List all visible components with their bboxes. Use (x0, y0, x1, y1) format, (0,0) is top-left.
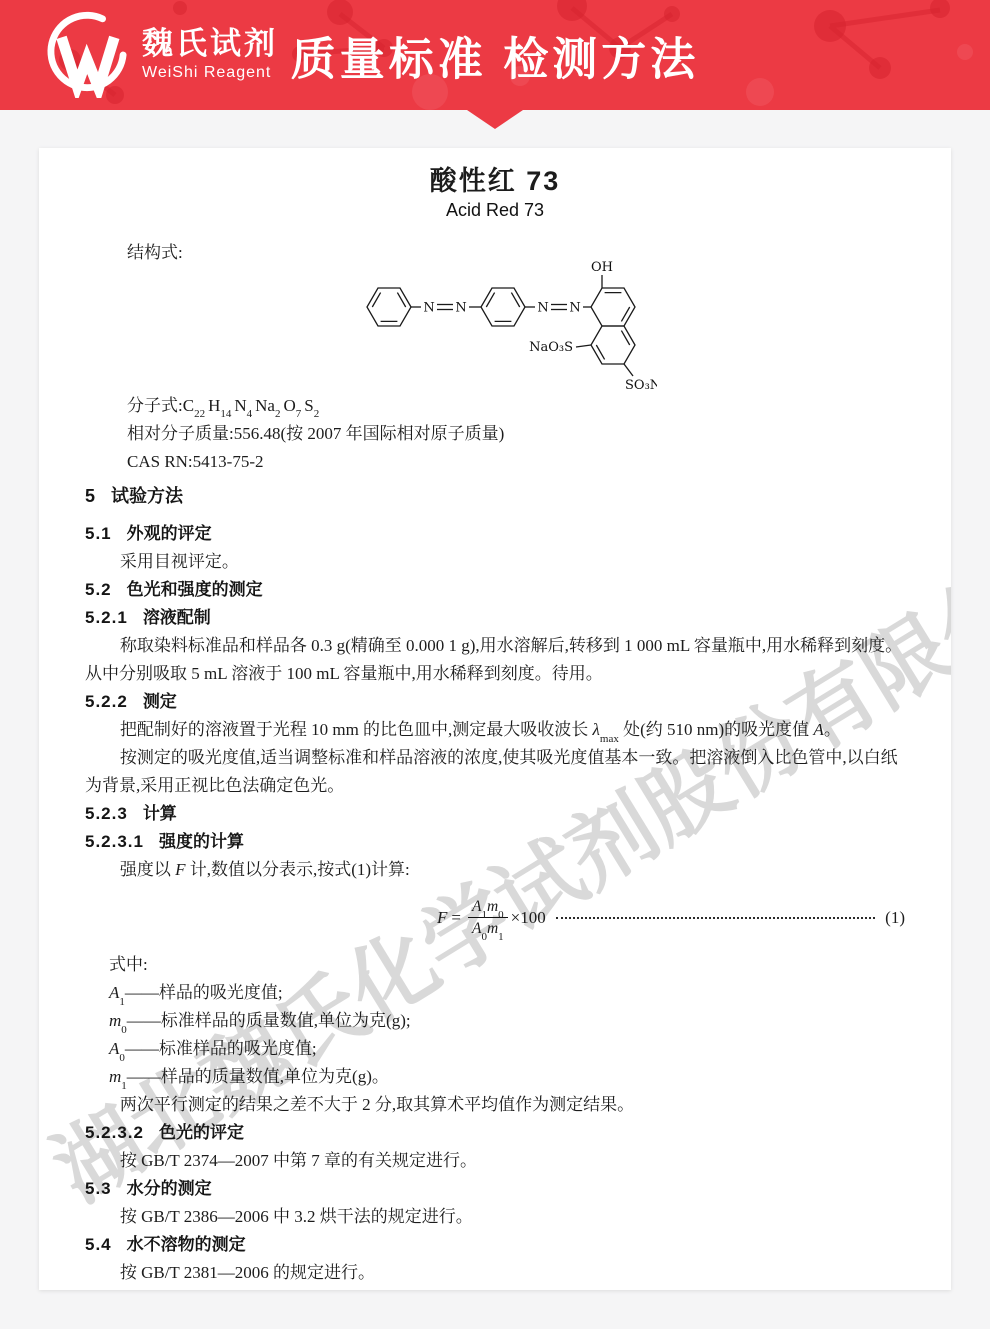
doc-title: 酸性红 73 (85, 164, 905, 198)
azo-n2-label: N (455, 301, 466, 316)
equation-expression: F = A1m0 A0m1 ×100 (437, 897, 546, 938)
fraction-denominator: A0m1 (468, 918, 508, 938)
formula-part-o: O7 (283, 396, 301, 415)
banner-pointer-arrow (467, 110, 523, 129)
azo-n3-label: N (537, 301, 548, 316)
lambda-symbol: λ (593, 720, 600, 739)
doc-subtitle-english: Acid Red 73 (85, 198, 905, 222)
definition-a0: A0——标准样品的吸光度值; (109, 1035, 905, 1063)
section-5-2-1-heading: 5.2.1溶液配制 (85, 604, 905, 632)
azo-n4-label: N (569, 301, 580, 316)
fraction: A1m0 A0m1 (468, 897, 508, 938)
definitions-intro: 式中: (109, 951, 905, 979)
section-5-2-2-paragraph-2: 按测定的吸光度值,适当调整标准和样品溶液的浓度,使其吸光度值基本一致。把溶液倒入… (85, 744, 905, 800)
section-5-2-3-1-paragraph: 强度以 F 计,数值以分表示,按式(1)计算: (85, 856, 905, 884)
sulfonate-left-label: NaO₃S (529, 340, 573, 355)
sulfonate-bottom-label: SO₃Na (625, 378, 657, 392)
formula-part-na: Na2 (255, 396, 280, 415)
equation-1: F = A1m0 A0m1 ×100 (1) (85, 897, 905, 938)
oh-label: OH (591, 260, 613, 275)
formula-part-c: C22 (183, 396, 205, 415)
times-100: ×100 (511, 908, 546, 928)
formula-part-s: S2 (304, 396, 319, 415)
section-5-2-3-1-heading: 5.2.3.1强度的计算 (85, 828, 905, 856)
document-content: 酸性红 73 Acid Red 73 结构式: (85, 164, 905, 1287)
cas-number-line: CAS RN:5413-75-2 (127, 448, 905, 476)
section-5-2-3-2-paragraph: 按 GB/T 2374—2007 中第 7 章的有关规定进行。 (85, 1147, 905, 1175)
eq-lhs: F (437, 908, 447, 928)
section-5-2-heading: 5.2色光和强度的测定 (85, 576, 905, 604)
molar-mass-line: 相对分子质量:556.48(按 2007 年国际相对原子质量) (127, 420, 905, 448)
equation-number: (1) (885, 908, 905, 928)
section-5-3-paragraph: 按 GB/T 2386—2006 中 3.2 烘干法的规定进行。 (85, 1203, 905, 1231)
chemical-structure-diagram: OH N N N N NaO₃S SO₃Na (357, 260, 657, 392)
formula-part-n: N4 (234, 396, 252, 415)
section-5-1-heading: 5.1外观的评定 (85, 520, 905, 548)
section-5-2-2-paragraph-1: 把配制好的溶液置于光程 10 mm 的比色皿中,测定最大吸收波长 λmax 处(… (85, 716, 905, 744)
strength-symbol: F (175, 860, 185, 879)
bond-lines (367, 275, 635, 376)
molecular-formula-label: 分子式: (127, 396, 183, 415)
section-5-2-2-heading: 5.2.2测定 (85, 688, 905, 716)
definition-a1: A1——样品的吸光度值; (109, 979, 905, 1007)
header-banner: 魏氏试剂 WeiShi Reagent 质量标准 检测方法 (0, 0, 990, 110)
section-5-1-paragraph: 采用目视评定。 (85, 548, 905, 576)
molecular-formula-line: 分子式:C22H14N4Na2O7S2 (127, 392, 905, 420)
section-5-4-heading: 5.4水不溶物的测定 (85, 1231, 905, 1259)
section-5-2-3-heading: 5.2.3计算 (85, 800, 905, 828)
document-page: 湖北魏氏化学试剂股份有限公司 酸性红 73 Acid Red 73 结构式: (39, 148, 951, 1290)
definition-m1: m1——样品的质量数值,单位为克(g)。 (109, 1063, 905, 1091)
fraction-numerator: A1m0 (468, 897, 508, 918)
section-5-heading: 5试验方法 (85, 482, 905, 510)
lambda-subscript: max (600, 733, 619, 745)
section-5-2-1-paragraph: 称取染料标准品和样品各 0.3 g(精确至 0.000 1 g),用水溶解后,转… (85, 632, 905, 688)
dotted-leader (556, 917, 875, 919)
banner-title: 质量标准 检测方法 (0, 23, 990, 88)
azo-n1-label: N (423, 301, 434, 316)
definitions-closing: 两次平行测定的结果之差不大于 2 分,取其算术平均值作为测定结果。 (85, 1091, 905, 1119)
equals-sign: = (451, 908, 461, 928)
section-5-2-3-2-heading: 5.2.3.2色光的评定 (85, 1119, 905, 1147)
section-5-3-heading: 5.3水分的测定 (85, 1175, 905, 1203)
definition-m0: m0——标准样品的质量数值,单位为克(g); (109, 1007, 905, 1035)
absorbance-symbol: A (813, 720, 823, 739)
section-5-4-paragraph: 按 GB/T 2381—2006 的规定进行。 (85, 1259, 905, 1287)
formula-part-h: H14 (208, 396, 231, 415)
